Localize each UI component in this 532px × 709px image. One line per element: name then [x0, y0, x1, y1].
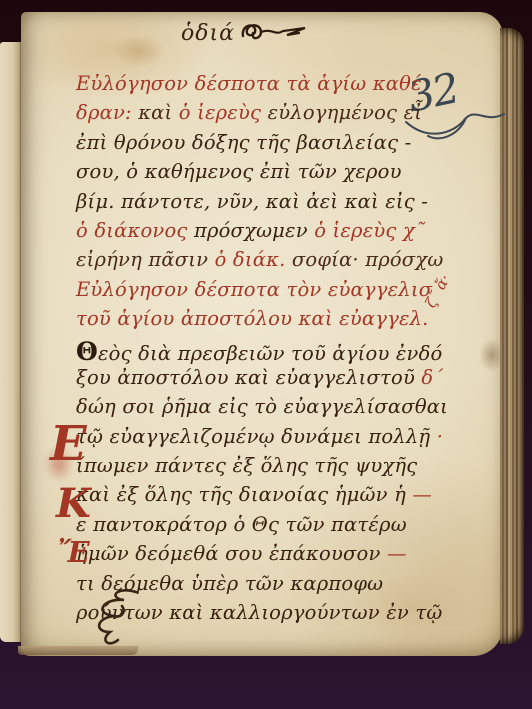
text-line: ὁ διάκονος πρόσχωμεν ὁ ἱερεὺς χ῀ [76, 219, 454, 248]
text-line: ἡμῶν δεόμεθά σου ἐπάκουσον — [76, 542, 454, 571]
manuscript-photo: ὁδιά 32 Εὐλόγησον δέσποτα τὰ ἁγίω καθέδρ… [0, 0, 532, 709]
text-segment: ξου ἀποστόλου καὶ εὐαγγελιστοῦ [76, 366, 421, 389]
text-segment: ὁ διάκ. [215, 248, 292, 271]
text-line: εἰρήνη πᾶσιν ὁ διάκ. σοφία· πρόσχω [76, 248, 454, 277]
text-line: τοῦ ἁγίου ἀποστόλου καὶ εὐαγγελ. [76, 307, 454, 336]
text-segment: εἰρήνη πᾶσιν [76, 248, 215, 271]
drop-cap-kappa: Κ [56, 484, 91, 524]
text-line: δραν: καὶ ὁ ἱερεὺς εὐλογημένος εἶ [76, 101, 454, 130]
running-title-text: ὁδιά [181, 21, 235, 46]
text-segment: — [381, 542, 407, 565]
drop-cap-epsilon-2: Ἔ [58, 538, 90, 567]
text-segment: σου, ὁ καθήμενος ἐπὶ τῶν χερου [76, 160, 402, 183]
text-segment: ὁ ἱερεὺς [179, 101, 268, 124]
text-segment: Θ [76, 337, 98, 366]
text-segment: δ´ [421, 366, 443, 389]
text-line: Εὐλόγησον δέσποτα τὸν εὐαγγελισ [76, 278, 454, 307]
text-segment: καὶ [132, 101, 179, 124]
text-segment: · [430, 425, 443, 448]
text-line: ξου ἀποστόλου καὶ εὐαγγελιστοῦ δ´ [76, 366, 454, 395]
text-segment: τῷ εὐαγγελιζομένῳ δυνάμει πολλῇ [76, 425, 430, 448]
text-line: ε παντοκράτορ ὁ Θς τῶν πατέρω [76, 513, 454, 542]
text-segment: ἐπὶ θρόνου δόξης τῆς βασιλείας - [76, 131, 411, 154]
drop-cap-epsilon: Ε [50, 420, 87, 468]
text-segment: Εὐλόγησον δέσποτα τὸν εὐαγγελισ [76, 278, 432, 301]
text-block: Εὐλόγησον δέσποτα τὰ ἁγίω καθέδραν: καὶ … [76, 72, 454, 630]
text-line: Θεὸς διὰ πρεσβειῶν τοῦ ἁγίου ἐνδό [76, 337, 454, 366]
text-segment: Εὐλόγησον δέσποτα τὰ ἁγίω καθέ [76, 72, 422, 95]
text-line: Εὐλόγησον δέσποτα τὰ ἁγίω καθέ [76, 72, 454, 101]
text-line: ἐπὶ θρόνου δόξης τῆς βασιλείας - [76, 131, 454, 160]
text-segment: σοφία· πρόσχω [292, 248, 444, 271]
running-title: ὁδιά [0, 20, 532, 46]
text-line: τῷ εὐαγγελιζομένῳ δυνάμει πολλῇ · [76, 425, 454, 454]
text-segment: ε παντοκράτορ ὁ Θς τῶν πατέρω [76, 513, 407, 536]
text-segment: καὶ ἐξ ὅλης τῆς διανοίας ἡμῶν ἡ [76, 483, 406, 506]
title-flourish-icon [239, 20, 311, 46]
text-segment: ἡμῶν δεόμεθά σου ἐπάκουσον [76, 542, 381, 565]
text-segment: ἴπωμεν πάντες ἐξ ὅλης τῆς ψυχῆς [76, 454, 417, 477]
text-segment: βίμ. πάντοτε, νῦν, καὶ ἀεὶ καὶ εἰς - [76, 190, 428, 213]
text-line: βίμ. πάντοτε, νῦν, καὶ ἀεὶ καὶ εἰς - [76, 190, 454, 219]
text-line: σου, ὁ καθήμενος ἐπὶ τῶν χερου [76, 160, 454, 189]
text-segment: — [406, 483, 432, 506]
text-segment: πρόσχωμεν [194, 219, 314, 242]
text-segment: εὸς διὰ πρεσβειῶν τοῦ ἁγίου ἐνδό [98, 342, 443, 365]
text-segment: ὁ ἱερεὺς χ῀ [314, 219, 425, 242]
text-line: ἴπωμεν πάντες ἐξ ὅλης τῆς ψυχῆς [76, 454, 454, 483]
text-segment: δραν: [76, 101, 132, 124]
text-segment: ὁ διάκονος [76, 219, 194, 242]
text-segment: τοῦ ἁγίου ἀποστόλου καὶ εὐαγγελ. [76, 307, 429, 330]
text-segment: δώη σοι ῥῆμα εἰς τὸ εὐαγγελίσασθαι [76, 395, 448, 418]
scribe-flourish-icon [92, 588, 148, 650]
text-line: καὶ ἐξ ὅλης τῆς διανοίας ἡμῶν ἡ — [76, 483, 454, 512]
text-line: δώη σοι ῥῆμα εἰς τὸ εὐαγγελίσασθαι [76, 395, 454, 424]
text-segment: εὐλογημένος εἶ [268, 101, 423, 124]
facing-page-edge [0, 42, 21, 642]
